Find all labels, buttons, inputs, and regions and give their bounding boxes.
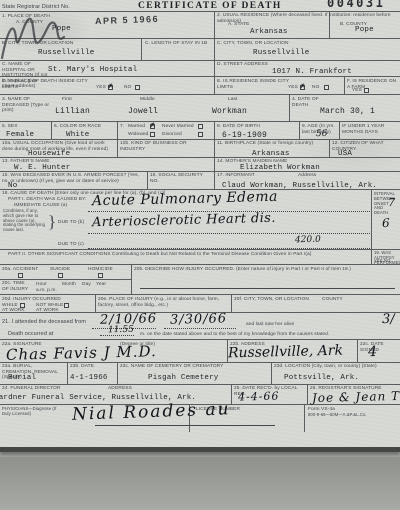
res-state-value: Arkansas — [250, 28, 288, 36]
pod-yes-checkmark: ✗ — [108, 83, 113, 90]
marital-divorced-checkbox — [198, 132, 203, 137]
res-city-label: C. CITY, TOWN, OR LOCATION — [217, 41, 289, 47]
rule-line — [88, 248, 370, 249]
attended-pre-label: 21. I attended the deceased from — [2, 319, 86, 325]
pod-yes-label: YES — [96, 85, 106, 91]
rule-line — [140, 288, 395, 289]
res-county-value: Pope — [355, 26, 374, 34]
at-work-label-1: AT WORK — [2, 308, 25, 314]
describe-injury-label: 20b. DESCRIBE HOW INJURY OCCURRED. (Ente… — [134, 267, 384, 273]
date-signed-value: 4 — [368, 344, 377, 360]
marital-number: 7. — [120, 124, 124, 130]
mother-value: Elizabeth Workman — [240, 164, 320, 172]
date-signed-label: 22c. DATE SIGNED — [360, 342, 398, 353]
res-inside-label: E. IS RESIDENCE INSIDE CITY LIMITS — [217, 79, 295, 90]
marital-never-checkbox — [198, 124, 203, 129]
pod-county-value: Pope — [52, 25, 71, 33]
res-no-label: NO — [312, 85, 319, 91]
rule-line — [95, 425, 275, 426]
name-middle-value: Jowell — [128, 107, 158, 116]
physician-signature: Chas Favis J M.D. — [6, 342, 157, 364]
injury-city-label: 20f. CITY, TOWN, OR LOCATION — [234, 297, 309, 303]
rule-line — [88, 233, 370, 234]
pod-no-label: NO — [124, 85, 131, 91]
suicide-label: SUICIDE — [50, 267, 70, 273]
pod-no-checkbox — [135, 85, 140, 90]
dob-label: 8. DATE OF BIRTH — [217, 124, 260, 130]
burial-date-label: 23b. DATE — [70, 364, 94, 370]
place-of-injury-label: 20e. PLACE OF INJURY (e.g., in or about … — [98, 297, 228, 308]
race-value: White — [66, 131, 90, 139]
certificate-number: 004031 — [327, 0, 385, 10]
marital-widowed-checkbox — [150, 132, 155, 137]
informant-label: 17. INFORMANT — [217, 173, 255, 179]
age-value: 56 — [316, 129, 328, 139]
pod-city-label: B. CITY, TOWN, OR LOCATION — [2, 41, 73, 47]
marital-widowed-label: Widowed — [128, 132, 148, 138]
date-received-value: 4-4-66 — [238, 389, 280, 403]
document-title: CERTIFICATE OF DEATH — [138, 1, 282, 11]
cemetery-label: 23c. NAME OF CEMETERY OR CREMATORY — [120, 364, 260, 370]
death-occurred-rest-label: m. on the date stated above and to the b… — [140, 332, 395, 338]
at-work-label-2: AT WORK — [36, 308, 59, 314]
attended-to-value: 3/30/66 — [170, 311, 227, 327]
pod-stay-label: C. LENGTH OF STAY IN 1B — [145, 41, 211, 47]
autopsy-yesno: YES NO — [374, 259, 390, 264]
race-label: 6. COLOR OR RACE — [54, 124, 101, 130]
citizen-value: USA — [338, 150, 352, 158]
dob-value: 6-19-1909 — [222, 131, 267, 140]
birthplace-value: Arkansas — [252, 150, 290, 158]
cemetery-value: Pisgah Cemetery — [148, 374, 219, 382]
res-no-checkbox — [324, 85, 329, 90]
accident-label: 20a. ACCIDENT — [2, 267, 38, 273]
scanned-death-certificate: State Registrar District No. CERTIFICATE… — [0, 0, 400, 510]
armed-forces-value: No — [8, 182, 17, 190]
res-farm-checkbox — [364, 88, 369, 93]
last-alive-value: 3/ — [382, 312, 395, 327]
res-state-label: A. STATE — [228, 22, 249, 28]
injury-month-label: Month — [62, 282, 76, 288]
pod-hospital-value: St. Mary's Hospital — [48, 66, 137, 74]
name-first-value: Lillian — [55, 107, 90, 116]
interval-a-value: 7 — [388, 196, 395, 209]
res-street-value: 1017 N. Frankfort — [272, 68, 352, 76]
burial-date-value: 4-1-1966 — [70, 374, 108, 382]
cause-brace: } — [48, 212, 56, 232]
address-22b-value: Russellville, Ark — [228, 343, 343, 362]
injury-county-label: COUNTY — [322, 297, 343, 303]
name-first-label: First — [62, 97, 72, 103]
marital-divorced-label: Divorced — [162, 132, 182, 138]
res-street-label: D. STREET ADDRESS — [217, 62, 268, 68]
sex-label: 5. SEX — [2, 124, 18, 130]
pod-inside-label: D. IS PLACE OF DEATH INSIDE CITY LIMITS — [2, 79, 94, 90]
name-label: 3. NAME OF DECEASED (Type or print) — [2, 97, 50, 114]
injury-year-label: Year — [96, 282, 106, 288]
time-of-injury-label: 20c. TIME OF INJURY — [2, 281, 32, 292]
rule-line — [164, 328, 236, 329]
armed-forces-label: 15. WAS DECEASED EVER IN U.S. ARMED FORC… — [2, 173, 142, 184]
cause-code-value: 420.0 — [295, 235, 321, 246]
name-last-label: Last — [228, 97, 237, 103]
last-alive-label: and last saw her alive — [246, 322, 294, 328]
birthplace-label: 11. BIRTHPLACE (State or foreign country… — [217, 141, 327, 147]
cause-due-c-label: DUE TO (c) — [58, 242, 84, 248]
injury-day-label: Day — [82, 282, 91, 288]
homicide-checkbox — [98, 273, 103, 278]
injury-occurred-label: 20d. INJURY OCCURRED — [2, 297, 61, 303]
pod-county-label: A. COUNTY — [16, 20, 43, 26]
not-while-checkbox — [64, 303, 69, 308]
res-city-value: Russellville — [253, 49, 309, 57]
res-farm-yes-label: YES — [352, 88, 362, 94]
marital-never-label: Never Married — [162, 124, 194, 130]
res-yes-checkmark: ✗ — [300, 83, 305, 90]
interval-b-value: 6 — [382, 216, 390, 230]
burial-value: Burial — [8, 374, 36, 382]
business-label: 10b. KIND OF BUSINESS OR INDUSTRY — [120, 141, 210, 152]
marital-married-checkmark: ✗ — [150, 122, 155, 129]
part2-label: PART II. OTHER SIGNIFICANT CONDITIONS Co… — [8, 252, 338, 258]
name-last-value: Workman — [212, 107, 247, 116]
registrar-signature: Joe & Jean T — [312, 389, 400, 405]
father-value: W. E. Hunter — [14, 164, 70, 172]
informant-address-label: Address — [298, 173, 316, 179]
funeral-address-label: ADDRESS — [108, 386, 132, 392]
name-middle-label: Middle — [140, 97, 155, 103]
cemetery-location-value: Pottsville, Ark. — [284, 374, 359, 382]
death-occurred-label: Death occurred at — [8, 331, 53, 337]
pod-city-value: Russellville — [38, 49, 94, 57]
under-one-year-label: IF UNDER 1 YEAR MONTHS DAYS — [342, 124, 398, 135]
occupation-value: Housewife — [28, 150, 70, 158]
sex-value: Female — [6, 131, 34, 139]
ssn-label: 16. SOCIAL SECURITY NO. — [150, 173, 210, 184]
injury-hour-label: Hour — [36, 282, 47, 288]
death-time-value: 11:55 — [108, 325, 134, 336]
funeral-director-label: 24. FUNERAL DIRECTOR — [2, 386, 61, 392]
death-date-value: March 30, 1 — [320, 107, 375, 116]
physicians-note: PHYSICIANS—Diagnose (If Duly Licensed) — [2, 407, 60, 417]
form-print-code: 600-9-66—50M—A.&P.&L.Co. — [308, 413, 367, 418]
cemetery-location-label: 23d. LOCATION (City, town, or county) (S… — [274, 364, 394, 370]
district-label: State Registrar District No. — [2, 4, 152, 10]
marital-married-label: Married — [128, 124, 145, 130]
accident-checkbox — [18, 273, 23, 278]
scanner-background — [0, 457, 400, 510]
suicide-checkbox — [58, 273, 63, 278]
pod-label: 1. PLACE OF DEATH — [2, 14, 50, 20]
homicide-label: HOMICIDE — [88, 267, 113, 273]
certificate-paper: State Registrar District No. CERTIFICATE… — [0, 0, 400, 452]
cause-part1-label: PART I. DEATH WAS CAUSED BY: — [8, 197, 87, 203]
injury-ampm-label: a.m. p.m. — [36, 288, 57, 294]
cause-side-note: Conditions, if any, which gave rise to a… — [3, 209, 48, 233]
rule-line — [100, 335, 134, 336]
res-yes-label: YES — [288, 85, 298, 91]
cause-due-b-label: DUE TO (b) — [58, 220, 84, 226]
